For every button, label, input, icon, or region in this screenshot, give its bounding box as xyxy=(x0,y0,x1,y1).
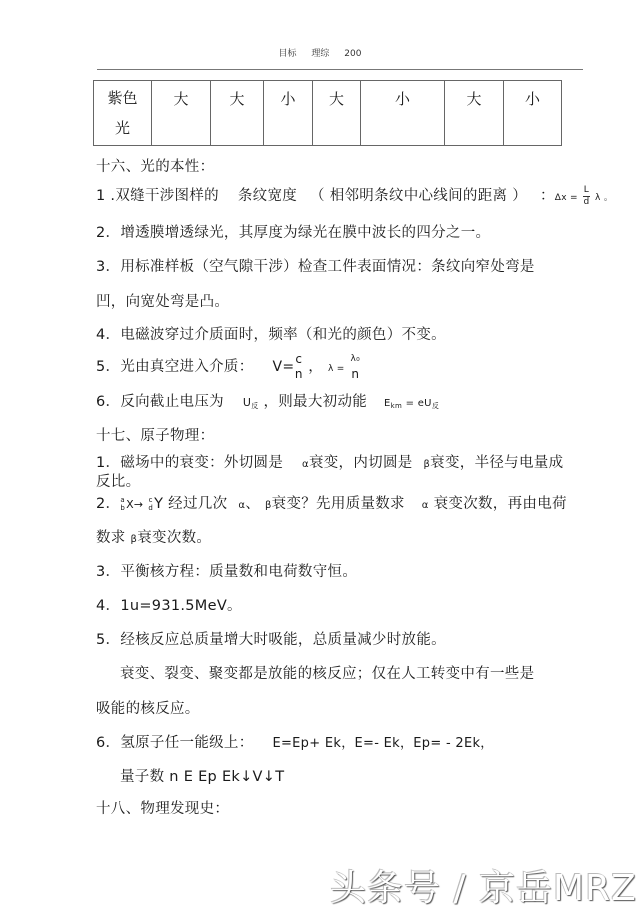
item-text: 1 .双缝干涉图样的 xyxy=(96,188,219,204)
item-text: 条纹宽度 xyxy=(238,188,297,204)
header-label-subject: 理综 xyxy=(311,49,329,59)
cell-label-line1: 紫色 xyxy=(95,83,150,113)
item-17-5-para2: 衰变、裂变、聚变都是放能的核反应；仅在人工转变中有一些是 xyxy=(120,662,534,683)
item-text: 6．反向截止电压为 xyxy=(96,394,224,410)
item-text: 5．光由真空进入介质： xyxy=(96,359,254,375)
cell-label-line2: 光 xyxy=(95,113,150,143)
item-17-1-cont: 反比。 xyxy=(96,470,140,491)
subscript: 反 xyxy=(251,402,258,410)
formula-text: λ = xyxy=(328,364,345,374)
nuclide-indices: cd xyxy=(148,496,153,512)
item-text: 衰变，半径与电量成 xyxy=(430,455,563,471)
item-17-3: 3．平衡核方程：质量数和电荷数守恒。 xyxy=(96,560,357,581)
formula-text: E xyxy=(384,398,391,409)
table-row-violet: 紫色 光 大 大 小 大 小 大 小 xyxy=(94,81,562,146)
denominator: d xyxy=(583,197,590,208)
fraction: cn xyxy=(294,352,303,382)
item-text: 2． xyxy=(96,496,120,512)
header-number: 200 xyxy=(344,49,361,59)
item-16-6: 6．反向截止电压为 U反 ，则最大初动能 Ekm = eU反 xyxy=(96,390,439,411)
table-cell: 大 xyxy=(445,81,504,146)
table-cell: 大 xyxy=(211,81,264,146)
header-label-target: 目标 xyxy=(279,49,297,59)
denominator: n xyxy=(294,367,303,382)
item-text: 衰变，内切圆是 xyxy=(309,455,413,471)
item-17-2: 2．abX→ cdY 经过几次 α、 β衰变？先用质量数求 α 衰变次数，再由电… xyxy=(96,492,567,513)
item-17-6: 6．氢原子任一能级上： E=Ep+ Ek，E=- Ek，Ep= - 2Ek， xyxy=(96,731,494,752)
section-17-title: 十七、原子物理： xyxy=(96,424,214,445)
item-text: ，则最大初动能 xyxy=(263,394,367,410)
item-text: 1．磁场中的衰变：外切圆是 xyxy=(96,455,283,471)
nuclide-indices: ab xyxy=(120,496,125,512)
formula-text: Δx = xyxy=(555,193,578,203)
item-16-3: 3．用标准样板（空气隙干涉）检查工件表面情况：条纹向窄处弯是 xyxy=(96,255,535,276)
charge-number: b xyxy=(120,504,125,512)
page-header: 目标 理综 200 xyxy=(0,46,640,59)
item-text: 6．氢原子任一能级上： xyxy=(96,735,254,751)
table-cell: 大 xyxy=(313,81,361,146)
formula-text: λ 。 xyxy=(595,193,613,203)
watermark: 头条号 / 京岳MRZ xyxy=(330,860,637,906)
formula-text: X→ xyxy=(126,498,143,511)
formula-text: E=Ep+ Ek，E=- Ek，Ep= - 2Ek， xyxy=(272,736,493,751)
fraction: λ₀n xyxy=(350,352,362,382)
item-text: 衰变次数，再由电荷 xyxy=(434,496,567,512)
item-text: （ 相邻明条纹中心线间的距离 ） xyxy=(310,188,527,204)
section-16-title: 十六、光的本性： xyxy=(96,155,214,176)
light-property-table: 紫色 光 大 大 小 大 小 大 小 xyxy=(93,80,562,146)
separator: 、 xyxy=(245,496,260,512)
item-16-3-cont: 凹，向宽处弯是凸。 xyxy=(96,290,229,311)
subscript: 反 xyxy=(432,402,439,410)
item-17-1: 1．磁场中的衰变：外切圆是 α衰变，内切圆是 β衰变，半径与电量成 xyxy=(96,451,563,472)
denominator: n xyxy=(350,367,362,382)
formula-text: V= xyxy=(272,359,294,375)
subscript: km xyxy=(391,402,402,410)
fraction: Ld xyxy=(583,185,590,208)
alpha-symbol: α xyxy=(302,459,309,470)
alpha-symbol: α xyxy=(422,500,429,511)
numerator: λ₀ xyxy=(350,352,362,367)
item-16-1: 1 .双缝干涉图样的 条纹宽度 （ 相邻明条纹中心线间的距离 ） ：Δx = L… xyxy=(96,184,613,208)
table-cell-label: 紫色 光 xyxy=(94,81,152,146)
item-text: 数求 xyxy=(96,530,126,546)
table-cell: 小 xyxy=(361,81,445,146)
numerator: c xyxy=(294,352,303,367)
item-text: Y 经过几次 xyxy=(154,496,227,512)
item-17-6-line2: 量子数 n E Ep Ek↓V↓T xyxy=(120,765,284,786)
item-16-5: 5．光由真空进入介质： V=cn ， λ = λ₀n xyxy=(96,352,361,382)
item-17-4: 4．1u=931.5MeV。 xyxy=(96,594,242,615)
item-16-4: 4．电磁波穿过介质面时，频率（和光的颜色）不变。 xyxy=(96,323,446,344)
formula-text: U xyxy=(243,396,251,409)
mass-number: a xyxy=(120,496,125,504)
section-18-title: 十八、物理发现史： xyxy=(96,797,229,818)
table-cell: 小 xyxy=(264,81,313,146)
item-text: 衰变次数。 xyxy=(137,530,211,546)
item-16-2: 2．增透膜增透绿光，其厚度为绿光在膜中波长的四分之一。 xyxy=(96,221,490,242)
item-text: 衰变？先用质量数求 xyxy=(272,496,405,512)
item-17-2-cont: 数求 β衰变次数。 xyxy=(96,526,211,547)
formula-text: = eU xyxy=(402,398,432,409)
numerator: L xyxy=(583,185,590,197)
item-17-5-para2-cont: 吸能的核反应。 xyxy=(96,697,200,718)
item-17-5: 5．经核反应总质量增大时吸能，总质量减少时放能。 xyxy=(96,628,446,649)
table-cell: 大 xyxy=(152,81,211,146)
table-cell: 小 xyxy=(504,81,562,146)
separator: ， xyxy=(308,359,323,375)
beta-symbol: β xyxy=(265,500,272,511)
header-rule xyxy=(97,69,583,70)
mass-number: c xyxy=(148,496,153,504)
charge-number: d xyxy=(148,504,153,512)
